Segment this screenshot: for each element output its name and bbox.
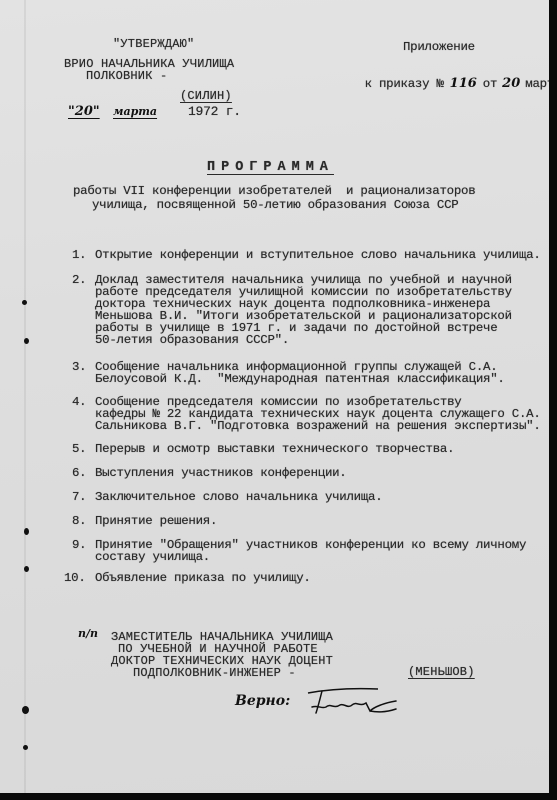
program-item-text: Перерыв и осмотр выставки технического т… [95, 442, 454, 456]
program-title: ПРОГРАММА [207, 160, 334, 175]
approval-date-month: марта [113, 105, 157, 118]
approval-name: (СИЛИН) [180, 89, 232, 103]
signature-mark: п/п [78, 627, 98, 640]
program-item-text: Сальникова В.Г. "Подготовка возражений н… [95, 419, 541, 433]
punch-mark [24, 566, 29, 572]
punch-mark [23, 745, 28, 750]
punch-mark [22, 300, 27, 305]
program-item-number: 9. [72, 538, 86, 552]
program-item-number: 2. [72, 273, 86, 287]
appendix-from: от [483, 77, 497, 91]
fold-line [24, 0, 26, 793]
order-day: 20 [497, 76, 525, 91]
program-item-text: Белоусовой К.Д. "Международная патентная… [95, 372, 505, 386]
program-item-text: Принятие решения. [95, 514, 217, 528]
handwritten-signature-icon [300, 685, 410, 721]
program-item-text: составу училища. [95, 550, 210, 564]
program-item-number: 4. [72, 395, 86, 409]
program-item-number: 10. [64, 571, 86, 585]
signature-line4: ПОДПОЛКОВНИК-ИНЖЕНЕР - [133, 666, 296, 680]
appendix-label: Приложение [403, 40, 475, 54]
signature-name: (МЕНЬШОВ) [408, 665, 475, 679]
program-item-number: 8. [72, 514, 86, 528]
program-item-number: 1. [72, 248, 86, 262]
approval-label: "УТВЕРЖДАЮ" [113, 37, 194, 51]
appendix-order-line: к приказу №116от20марта 1972г. [307, 56, 549, 110]
certification-label: Верно: [235, 693, 290, 709]
program-item-text: Заключительное слово начальника училища. [95, 490, 382, 504]
program-item-number: 6. [72, 466, 86, 480]
appendix-prefix: к приказу № [365, 77, 444, 91]
program-item-number: 3. [72, 360, 86, 374]
document-page: "УТВЕРЖДАЮ" ВРИО НАЧАЛЬНИКА УЧИЛИЩА ПОЛК… [0, 0, 549, 793]
appendix-date-rest: марта 1972г. [525, 77, 549, 91]
program-item-number: 5. [72, 442, 86, 456]
punch-mark [22, 706, 29, 714]
approval-date-year: 1972 г. [188, 104, 241, 119]
program-item-text: Открытие конференции и вступительное сло… [95, 248, 541, 262]
punch-mark [24, 528, 29, 535]
program-subtitle-line2: училища, посвященной 50-летию образовани… [92, 198, 458, 212]
program-subtitle-line1: работы VII конференции изобретателей и р… [73, 184, 475, 198]
punch-mark [24, 338, 29, 344]
order-number: 116 [444, 76, 483, 91]
approval-date-day: "20" [68, 104, 100, 119]
approval-rank: ПОЛКОВНИК - [86, 69, 167, 83]
program-item-text: Выступления участников конференции. [95, 466, 347, 480]
program-item-text: 50-летия образования СССР". [95, 333, 289, 347]
program-item-number: 7. [72, 490, 86, 504]
program-item-text: Объявление приказа по училищу. [95, 571, 311, 585]
